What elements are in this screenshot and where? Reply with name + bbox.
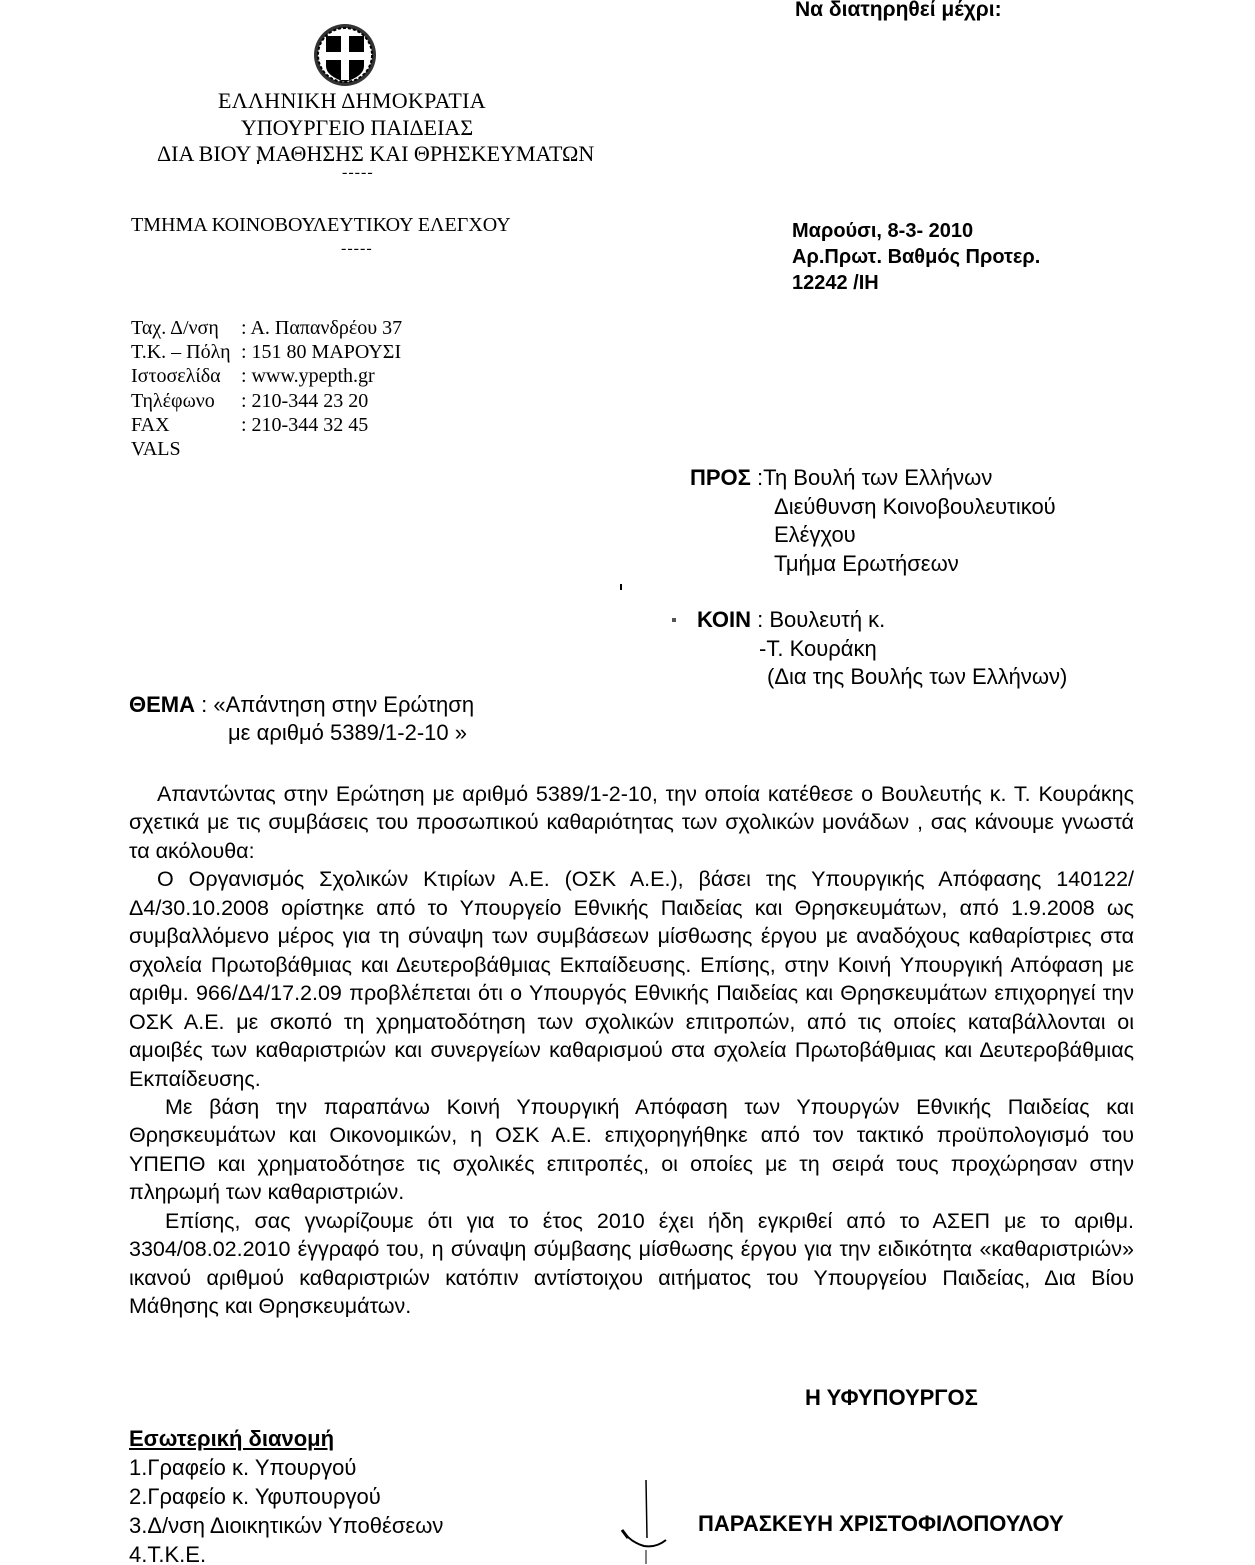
subject-label: ΘΕΜΑ <box>129 692 195 717</box>
distribution-title: Εσωτερική διανομή <box>129 1424 443 1453</box>
subject-line: «Απάντηση στην Ερώτηση <box>213 692 474 717</box>
contact-row-address: Ταχ. Δ/νση: Α. Παπανδρέου 37 <box>131 316 402 340</box>
protocol-number: 12242 /ΙΗ <box>792 270 1040 296</box>
distribution-item: 1.Γραφείο κ. Υπουργού <box>129 1453 443 1482</box>
contact-row-fax: FAX: 210-344 32 45 <box>131 413 402 437</box>
contact-label: Ιστοσελίδα <box>131 364 241 388</box>
body-paragraph: Ο Οργανισμός Σχολικών Κτιρίων Α.Ε. (ΟΣΚ … <box>129 865 1134 1093</box>
handwritten-signature-icon <box>610 1478 690 1565</box>
contact-label: FAX <box>131 413 241 437</box>
contact-value: : Α. Παπανδρέου 37 <box>241 316 402 340</box>
contact-row-website: Ιστοσελίδα: www.ypepth.gr <box>131 364 402 388</box>
contact-row-vals: VALS <box>131 437 402 461</box>
contact-label: Ταχ. Δ/νση <box>131 316 241 340</box>
to-line: Τμήμα Ερωτήσεων <box>690 550 1056 579</box>
contact-value: : 210-344 32 45 <box>241 413 368 437</box>
letter-body: Απαντώντας στην Ερώτηση με αριθμό 5389/1… <box>129 780 1134 1321</box>
distribution-item: 2.Γραφείο κ. Υφυπουργού <box>129 1482 443 1511</box>
protocol-label: Αρ.Πρωτ. Βαθμός Προτερ. <box>792 244 1040 270</box>
contact-row-city: Τ.Κ. – Πόλη: 151 80 ΜΑΡΟΥΣΙ <box>131 340 402 364</box>
place-date: Μαρούσι, 8-3- 2010 <box>792 218 1040 244</box>
contact-value: : 151 80 ΜΑΡΟΥΣΙ <box>241 340 401 364</box>
cc-line: (Δια της Βουλής των Ελλήνων) <box>697 663 1067 692</box>
to-label: ΠΡΟΣ <box>690 465 751 490</box>
signer-title: Η ΥΦΥΠΟΥΡΓΟΣ <box>805 1385 978 1411</box>
subject-line: με αριθμό 5389/1-2-10 » <box>129 719 474 747</box>
header-ministry: ΥΠΟΥΡΓΕΙΟ ΠΑΙΔΕΙΑΣ <box>228 115 486 141</box>
cc-line: -Τ. Κουράκη <box>697 635 1067 664</box>
retain-until-label: Να διατηρηθεί μέχρι: <box>795 0 1002 22</box>
body-paragraph: Επίσης, σας γνωρίζουμε ότι για το έτος 2… <box>129 1207 1134 1321</box>
contact-row-phone: Τηλέφωνο: 210-344 23 20 <box>131 389 402 413</box>
to-line: Διεύθυνση Κοινοβουλευτικού <box>690 493 1056 522</box>
scan-speck <box>672 618 676 622</box>
department-name: ΤΜΗΜΑ ΚΟΙΝΟΒΟΥΛΕΥΤΙΚΟΥ ΕΛΕΓΧΟΥ <box>131 214 511 237</box>
distribution-item: 3.Δ/νση Διοικητικών Υποθέσεων <box>129 1511 443 1540</box>
header-separator: ----- <box>342 164 374 182</box>
department-separator: ----- <box>341 240 373 258</box>
recipients-to: ΠΡΟΣ :Τη Βουλή των Ελλήνων Διεύθυνση Κοι… <box>690 464 1056 578</box>
internal-distribution: Εσωτερική διανομή 1.Γραφείο κ. Υπουργού … <box>129 1424 443 1565</box>
distribution-item: 4.Τ.Κ.Ε. <box>129 1540 443 1565</box>
recipients-cc: ΚΟΙΝ : Βουλευτή κ. -Τ. Κουράκη (Δια της … <box>697 606 1067 692</box>
contact-label: Τ.Κ. – Πόλη <box>131 340 241 364</box>
body-paragraph: Απαντώντας στην Ερώτηση με αριθμό 5389/1… <box>129 780 1134 865</box>
contact-label: VALS <box>131 437 241 461</box>
scan-speck <box>620 584 622 590</box>
contact-value: : 210-344 23 20 <box>241 389 368 413</box>
cc-line: Βουλευτή κ. <box>769 607 885 632</box>
contact-block: Ταχ. Δ/νση: Α. Παπανδρέου 37 Τ.Κ. – Πόλη… <box>131 316 402 461</box>
to-line: Ελέγχου <box>690 521 1056 550</box>
body-paragraph: Με βάση την παραπάνω Κοινή Υπουργική Από… <box>129 1093 1134 1207</box>
contact-value: : www.ypepth.gr <box>241 364 375 388</box>
contact-label: Τηλέφωνο <box>131 389 241 413</box>
signer-name: ΠΑΡΑΣΚΕΥΗ ΧΡΙΣΤΟΦΙΛΟΠΟΥΛΟΥ <box>698 1511 1064 1537</box>
greek-coat-of-arms-icon <box>312 22 378 88</box>
document-meta: Μαρούσι, 8-3- 2010 Αρ.Πρωτ. Βαθμός Προτε… <box>792 218 1040 296</box>
to-line: Τη Βουλή των Ελλήνων <box>763 465 992 490</box>
scan-speck <box>257 161 259 164</box>
subject-block: ΘΕΜΑ : «Απάντηση στην Ερώτηση με αριθμό … <box>129 691 474 747</box>
header-republic: ΕΛΛΗΝΙΚΗ ΔΗΜΟΚΡΑΤΙΑ <box>196 88 508 114</box>
cc-label: ΚΟΙΝ <box>697 607 751 632</box>
